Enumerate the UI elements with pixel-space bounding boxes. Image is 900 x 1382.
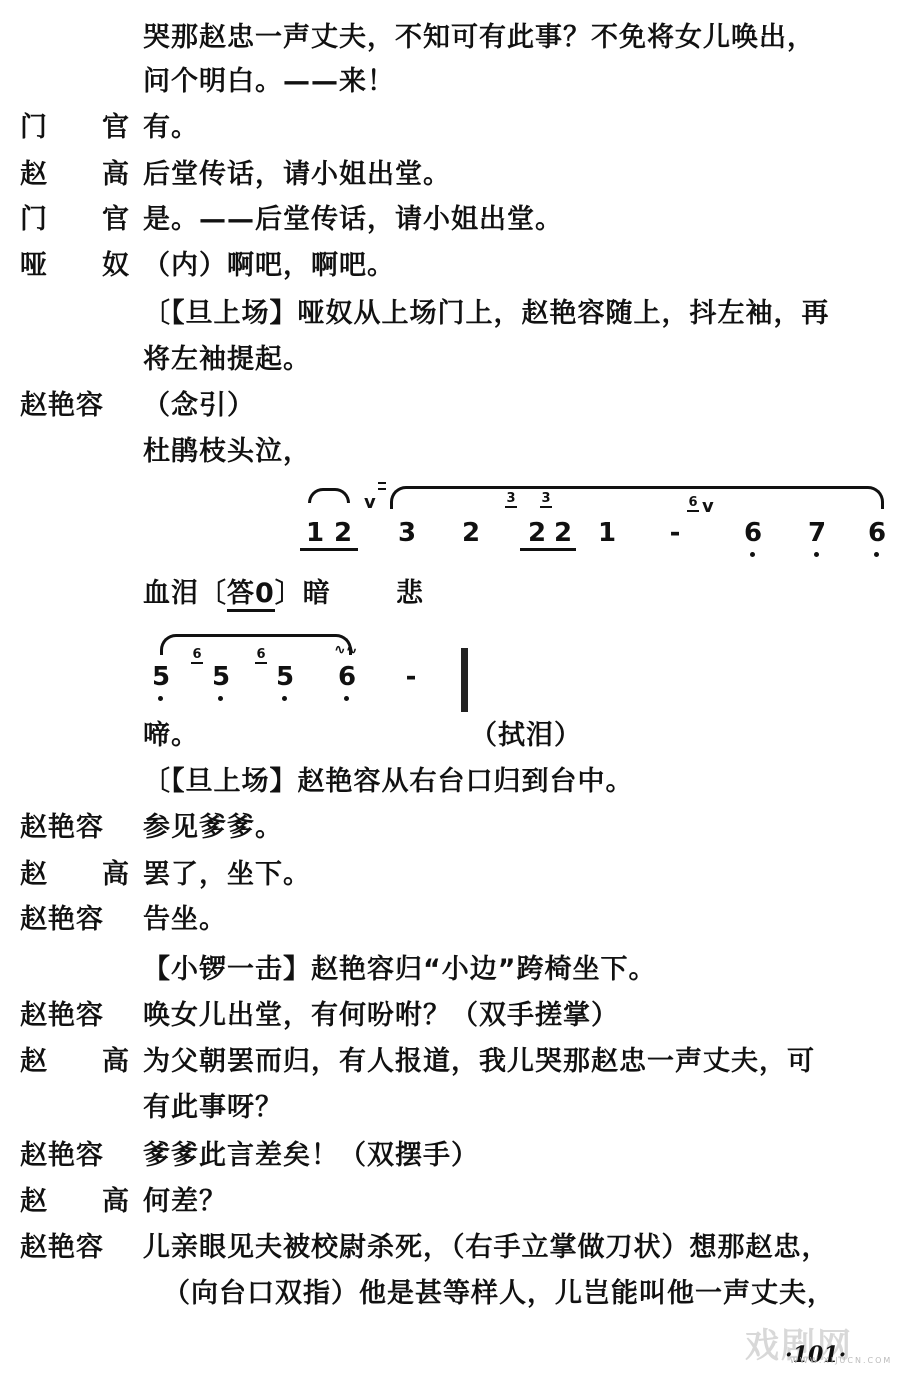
repeat-mark [378,482,386,484]
lyric-part: 血泪〔 [143,578,227,609]
speaker-name: 赵艳容 [20,808,130,848]
lyric-text: 杜鹃枝头泣， [143,432,311,472]
speaker-char: 门 [20,200,48,240]
stage-direction: 【小锣一击】赵艳容归“小边”跨椅坐下。 [143,950,657,990]
speaker-char: 高 [102,1042,130,1082]
beam-underline [520,548,576,551]
grace-note: 6 [190,648,204,665]
dialogue-text: 爹爹此言差矣！（双摆手） [143,1136,479,1176]
speaker-char: 赵 [20,155,48,195]
note: 1 [302,518,328,548]
stage-direction: 将左袖提起。 [143,340,311,380]
beam-underline [300,548,358,551]
note: 2 [458,518,484,548]
stage-direction: （拭泪） [470,716,582,756]
speaker-char: 高 [102,855,130,895]
jianpu-notation-2: 5 6 5 6 5 ∿∿ 6 - [0,620,900,710]
low-octave-dot [874,552,879,557]
dialogue-text: 是。——后堂传话，请小姐出堂。 [143,200,563,240]
breath-mark: v [364,492,376,513]
speaker-name: 赵艳容 [20,1136,130,1176]
note: 5 [148,662,174,692]
percussion-cue: 答0 [227,578,275,612]
dialogue-text: 有此事呀？ [143,1088,283,1128]
speaker-char: 赵 [20,1182,48,1222]
slur-mark [308,488,350,503]
speaker-name: 赵艳容 [20,386,130,426]
repeat-mark [378,488,386,490]
grace-note: 3 [504,492,518,509]
dialogue-text: 儿亲眼见夫被校尉杀死，（右手立掌做刀状）想那赵忠， [143,1228,830,1268]
speaker-char: 赵 [20,855,48,895]
low-octave-dot [158,696,163,701]
note: 6 [864,518,890,548]
low-octave-dot [282,696,287,701]
note: 6 [334,662,360,692]
dialogue-text: 唤女儿出堂，有何吩咐？（双手搓掌） [143,996,619,1036]
dash-extension: - [662,518,688,548]
dialogue-text: （念引） [143,386,255,426]
speaker-name: 赵艳容 [20,996,130,1036]
grace-note: 6 [254,648,268,665]
low-octave-dot [344,696,349,701]
grace-note: 3 [539,492,553,509]
speaker-name: 赵 高 [20,1042,130,1082]
low-octave-dot [218,696,223,701]
phrase-slur [390,486,884,509]
note: 5 [272,662,298,692]
dialogue-text: （内）啊吧，啊吧。 [143,246,395,286]
lyric-part: 〕暗 [275,578,331,609]
dialogue-text: 为父朝罢而归，有人报道，我儿哭那赵忠一声丈夫，可 [143,1042,815,1082]
lyric-text: 血泪〔答0〕暗 [143,574,331,614]
speaker-name: 赵艳容 [20,1228,130,1268]
breath-mark: v [702,496,714,517]
note: 1 [594,518,620,548]
dash-extension: - [398,662,424,692]
speaker-name: 赵艳容 [20,900,130,940]
dialogue-text: 参见爹爹。 [143,808,283,848]
low-octave-dot [814,552,819,557]
dialogue-text: 告坐。 [143,900,227,940]
speaker-char: 奴 [102,246,130,286]
note: 6 [740,518,766,548]
watermark-url: WWW.XIJUCN.COM [790,1356,892,1365]
grace-note: 6 [686,496,700,513]
dialogue-text: 何差？ [143,1182,227,1222]
speaker-name: 赵 高 [20,155,130,195]
speaker-char: 门 [20,108,48,148]
speaker-name: 门 官 [20,108,130,148]
speaker-char: 官 [102,200,130,240]
speaker-char: 高 [102,1182,130,1222]
stage-direction: 〔【旦上场】哑奴从上场门上，赵艳容随上，抖左袖，再 [143,294,830,334]
dialogue-text: 罢了，坐下。 [143,855,311,895]
speaker-name: 哑 奴 [20,246,130,286]
note: 7 [804,518,830,548]
note: 2 [550,518,576,548]
note: 5 [208,662,234,692]
note: 3 [394,518,420,548]
trill-ornament: ∿∿ [334,642,357,658]
speaker-char: 哑 [20,246,48,286]
dialogue-text: 问个明白。——来！ [143,62,395,102]
lyric-text: 啼。 [143,716,199,756]
note: 2 [330,518,356,548]
jianpu-notation-1: v 1 2 3 2 3 2 3 2 1 - 6 v 6 7 6 [0,470,900,560]
speaker-name: 赵 高 [20,855,130,895]
note: 2 [524,518,550,548]
speaker-char: 高 [102,155,130,195]
dialogue-text: 哭那赵忠一声丈夫，不知可有此事？不免将女儿唤出， [143,18,815,58]
lyric-part: 悲 [396,574,424,614]
speaker-char: 赵 [20,1042,48,1082]
low-octave-dot [750,552,755,557]
final-barline [461,648,468,712]
speaker-name: 门 官 [20,200,130,240]
stage-direction: 〔【旦上场】赵艳容从右台口归到台中。 [143,762,634,802]
dialogue-text: 有。 [143,108,199,148]
dialogue-text: （向台口双指）他是甚等样人，儿岂能叫他一声丈夫， [163,1274,835,1314]
dialogue-text: 后堂传话，请小姐出堂。 [143,155,451,195]
speaker-char: 官 [102,108,130,148]
speaker-name: 赵 高 [20,1182,130,1222]
